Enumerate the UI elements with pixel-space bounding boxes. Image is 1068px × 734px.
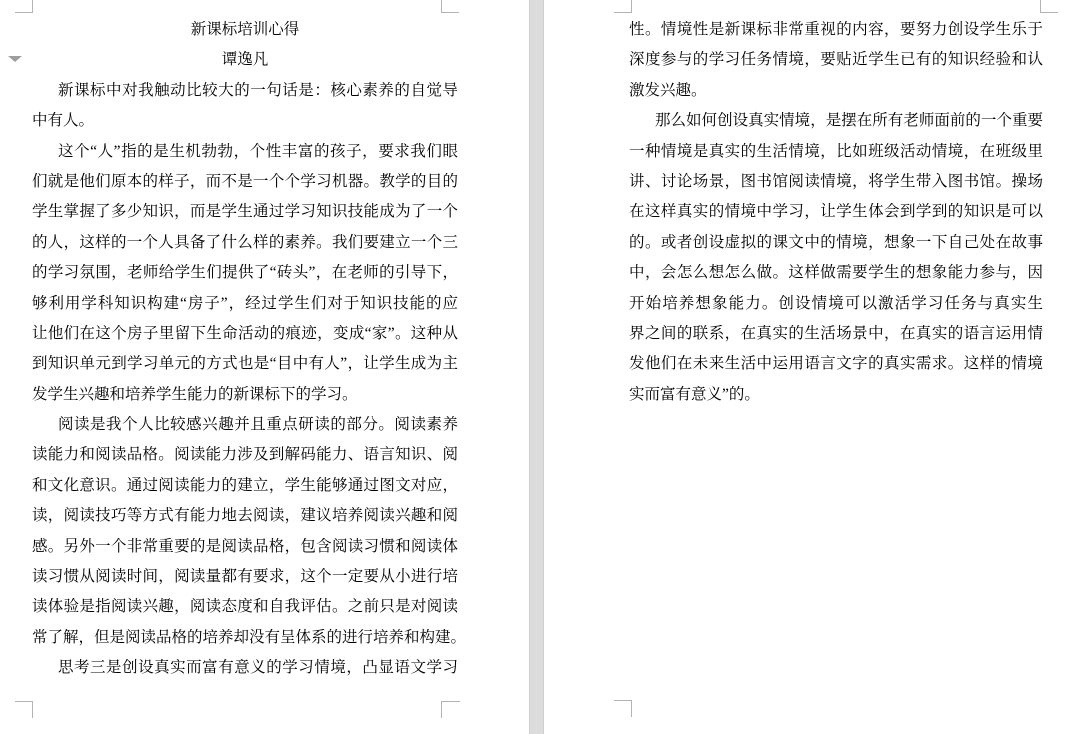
page-1[interactable]: 新课标培训心得谭逸凡新课标中对我触动比较大的一句话是：核心素养的自觉导向一目中有… [0,0,529,734]
text-line[interactable]: 感。另外一个非常重要的是阅读品格，包含阅读习惯和阅读体验。阅 [32,532,458,562]
text-line[interactable]: 发学生兴趣和培养学生能力的新课标下的学习。 [32,380,458,410]
document-view: 新课标培训心得谭逸凡新课标中对我触动比较大的一句话是：核心素养的自觉导向一目中有… [0,0,1068,734]
collapse-triangle-icon[interactable] [8,56,22,62]
text-line[interactable]: 的人，这样的一个人具备了什么样的素养。我们要建立一个三维立体 [32,228,458,258]
text-line[interactable]: 深度参与的学习任务情境，要贴近学生已有的知识经验和认知水平， [629,45,1043,75]
text-line[interactable]: 们就是他们原本的样子，而不是一个个学习机器。教学的目的不再是 [32,167,458,197]
page-2[interactable]: 性。情境性是新课标非常重视的内容，要努力创设学生乐于参与、可深度参与的学习任务情… [544,0,1068,734]
text-line[interactable]: 学生掌握了多少知识，而是学生通过学习知识技能成为了一个什么样 [32,197,458,227]
text-line[interactable]: 中，会怎么想怎么做。这样做需要学生的想象能力参与，因此要从小 [629,258,1043,288]
margin-mark-top-left [15,0,33,13]
document-title[interactable]: 新课标培训心得 [32,15,458,45]
margin-mark-top-left [614,0,632,13]
margin-mark-top-right [1040,0,1058,13]
text-line[interactable]: 在这样真实的情境中学习，让学生体会到学到的知识是可以直接使用 [629,197,1043,227]
text-line[interactable]: 界之间的联系，在真实的生活场景中，在真实的语言运用情境中，激 [629,319,1043,349]
text-line[interactable]: 开始培养想象能力。创设情境可以激活学习任务与真实生活、经验世 [629,289,1043,319]
page-gap [529,0,544,734]
text-line[interactable]: 读能力和阅读品格。阅读能力涉及到解码能力、语言知识、阅读理解 [32,440,458,470]
text-line[interactable]: 讲、讨论场景，图书馆阅读情境，将学生带入图书馆。操场活动情境， [629,167,1043,197]
text-line[interactable]: 中有人。 [32,106,458,136]
text-line[interactable]: 读，阅读技巧等方式有能力地去阅读，建议培养阅读兴趣和阅读成就 [32,501,458,531]
text-line[interactable]: 思考三是创设真实而富有意义的学习情境，凸显语文学习的实践 [32,653,458,683]
text-line[interactable]: 激发兴趣。 [629,76,1043,106]
page-2-text-area[interactable]: 性。情境性是新课标非常重视的内容，要努力创设学生乐于参与、可深度参与的学习任务情… [629,15,1043,410]
text-line[interactable]: 读习惯从阅读时间，阅读量都有要求，这个一定要从小进行培养。阅 [32,562,458,592]
text-line[interactable]: 和文化意识。通过阅读能力的建立，学生能够通过图文对应，语音拼 [32,471,458,501]
margin-mark-bottom-left [15,701,33,718]
margin-mark-bottom-right [441,701,460,718]
text-line[interactable]: 那么如何创设真实情境，是摆在所有老师面前的一个重要任务。 [629,106,1043,136]
text-line[interactable]: 的学习氛围，老师给学生们提供了“砖头”，在老师的引导下，学生能 [32,258,458,288]
text-line[interactable]: 发他们在未来生活中运用语言文字的真实需求。这样的情境才是“真 [629,349,1043,379]
page-1-text-area[interactable]: 新课标培训心得谭逸凡新课标中对我触动比较大的一句话是：核心素养的自觉导向一目中有… [32,15,458,684]
text-line[interactable]: 读体验是指阅读兴趣，阅读态度和自我评估。之前只是对阅读能力非 [32,592,458,622]
text-line[interactable]: 常了解，但是阅读品格的培养却没有呈体系的进行培养和构建。 [32,623,458,653]
margin-mark-bottom-left [614,700,632,717]
text-line[interactable]: 够利用学科知识构建“房子”，经过学生们对于知识技能的应用，迁移， [32,289,458,319]
text-line[interactable]: 性。情境性是新课标非常重视的内容，要努力创设学生乐于参与、可 [629,15,1043,45]
document-author[interactable]: 谭逸凡 [32,45,458,75]
text-line[interactable]: 新课标中对我触动比较大的一句话是：核心素养的自觉导向一目 [32,76,458,106]
margin-mark-top-right [441,0,459,13]
text-line[interactable]: 的。或者创设虚拟的课文中的情境，想象一下自己处在故事中的情境 [629,228,1043,258]
text-line[interactable]: 让他们在这个房子里留下生命活动的痕迹，变成“家”。这种从知识点 [32,319,458,349]
text-line[interactable]: 阅读是我个人比较感兴趣并且重点研读的部分。阅读素养包含阅 [32,410,458,440]
text-line[interactable]: 一种情境是真实的生活情境，比如班级活动情境，在班级里开展的演 [629,137,1043,167]
text-line[interactable]: 这个“人”指的是生机勃勃，个性丰富的孩子，要求我们眼里的他 [32,137,458,167]
text-line[interactable]: 实而富有意义”的。 [629,380,1043,410]
text-line[interactable]: 到知识单元到学习单元的方式也是“目中有人”，让学生成为主体，激 [32,349,458,379]
